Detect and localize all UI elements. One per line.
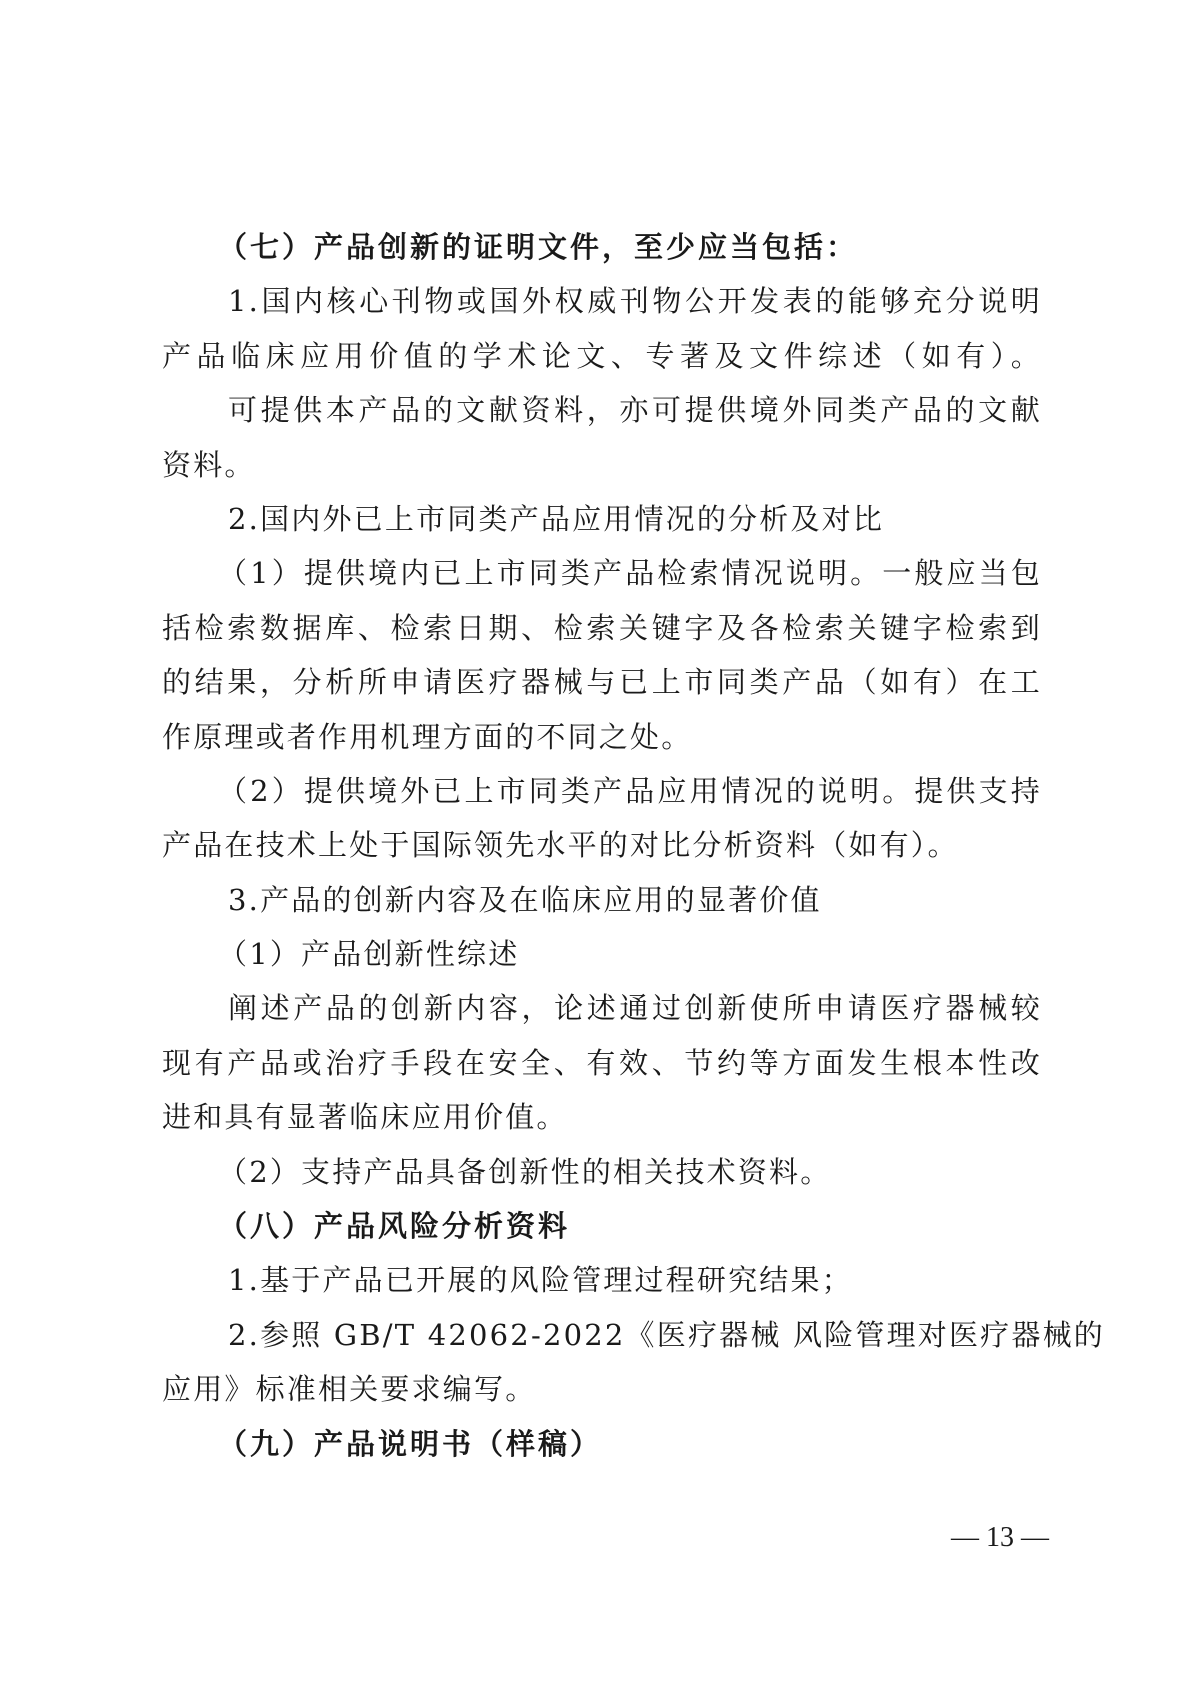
section-heading-8: （八）产品风险分析资料	[162, 1199, 1042, 1253]
paragraph-line: 2.参照 GB/T 42062-2022《医疗器械 风险管理对医疗器械的	[162, 1308, 1042, 1362]
page-number: — 13 —	[940, 1518, 1060, 1558]
paragraph-line: （2）支持产品具备创新性的相关技术资料。	[162, 1145, 1042, 1199]
paragraph-line: 括检索数据库、检索日期、检索关键字及各检索关键字检索到	[162, 601, 1042, 655]
paragraph-line: 产品临床应用价值的学术论文、专著及文件综述（如有）。	[162, 329, 1042, 383]
paragraph-line: 进和具有显著临床应用价值。	[162, 1090, 1042, 1144]
document-body: （七）产品创新的证明文件，至少应当包括： 1.国内核心刊物或国外权威刊物公开发表…	[162, 220, 1042, 1471]
paragraph-line: （1）产品创新性综述	[162, 927, 1042, 981]
paragraph-line: 作原理或者作用机理方面的不同之处。	[162, 710, 1042, 764]
subsection-heading-2: 2.国内外已上市同类产品应用情况的分析及对比	[162, 492, 1042, 546]
paragraph-line: 的结果，分析所申请医疗器械与已上市同类产品（如有）在工	[162, 655, 1042, 709]
paragraph-line: （2）提供境外已上市同类产品应用情况的说明。提供支持	[162, 764, 1042, 818]
paragraph-line: 可提供本产品的文献资料，亦可提供境外同类产品的文献	[162, 383, 1042, 437]
paragraph-line: 应用》标准相关要求编写。	[162, 1362, 1042, 1416]
section-heading-7: （七）产品创新的证明文件，至少应当包括：	[162, 220, 1042, 274]
paragraph-line: 资料。	[162, 438, 1042, 492]
paragraph-line: （1）提供境内已上市同类产品检索情况说明。一般应当包	[162, 546, 1042, 600]
paragraph-line: 1.基于产品已开展的风险管理过程研究结果；	[162, 1253, 1042, 1307]
section-heading-9: （九）产品说明书（样稿）	[162, 1417, 1042, 1471]
paragraph-line: 1.国内核心刊物或国外权威刊物公开发表的能够充分说明	[162, 274, 1042, 328]
paragraph-line: 阐述产品的创新内容，论述通过创新使所申请医疗器械较	[162, 981, 1042, 1035]
paragraph-line: 产品在技术上处于国际领先水平的对比分析资料（如有）。	[162, 818, 1042, 872]
subsection-heading-3: 3.产品的创新内容及在临床应用的显著价值	[162, 873, 1042, 927]
document-page: （七）产品创新的证明文件，至少应当包括： 1.国内核心刊物或国外权威刊物公开发表…	[0, 0, 1200, 1696]
paragraph-line: 现有产品或治疗手段在安全、有效、节约等方面发生根本性改	[162, 1036, 1042, 1090]
